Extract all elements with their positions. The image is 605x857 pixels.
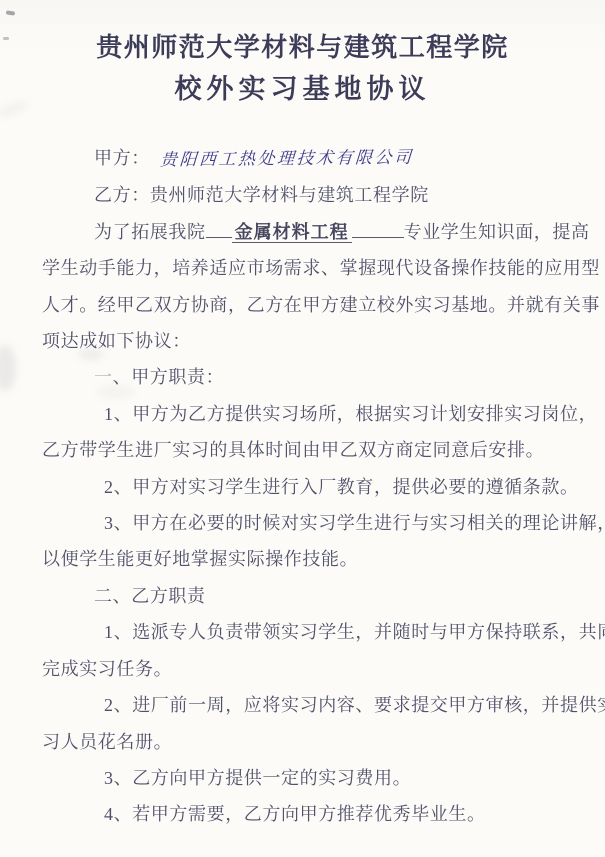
party-b-name: 贵州师范大学材料与建筑工程学院 xyxy=(150,185,429,205)
section1-heading-number: 一 xyxy=(94,367,113,387)
blank-underline-left xyxy=(206,217,232,238)
party-a-label: 甲方： xyxy=(94,148,150,168)
party-a-row: 甲方：贵阳西工热处理技术有限公司 xyxy=(42,140,569,177)
intro-prefix: 为了拓展我院 xyxy=(94,222,206,242)
scan-speck xyxy=(3,37,9,40)
party-b-label: 乙方： xyxy=(94,185,150,205)
section1-item2: 2、甲方对实习学生进行入厂教育，提供必要的遵循条款。 xyxy=(42,469,569,505)
party-a-name-handwritten: 贵阳西工热处理技术有限公司 xyxy=(159,140,415,179)
page-title-line1: 贵州师范大学材料与建筑工程学院 xyxy=(0,28,605,68)
section1-item3-line2: 以便学生能更好地掌握实际操作技能。 xyxy=(42,541,569,577)
intro-line-1: 为了拓展我院金属材料工程专业学生知识面，提高 xyxy=(42,214,569,250)
intro-line-3: 人才。经甲乙双方协商，乙方在甲方建立校外实习基地。并就有关事 xyxy=(42,287,569,323)
blank-underline-right xyxy=(352,217,404,238)
document-body: 甲方：贵阳西工热处理技术有限公司 乙方：贵州师范大学材料与建筑工程学院 为了拓展… xyxy=(0,140,605,833)
major-blank-value: 金属材料工程 xyxy=(232,222,352,243)
intro-line-4: 项达成如下协议： xyxy=(42,323,569,359)
scan-smudge xyxy=(78,348,104,360)
scan-smudge xyxy=(96,385,136,399)
intro-suffix: 专业学生知识面，提高 xyxy=(404,222,590,242)
section2-item2-line1: 2、进厂前一周，应将实习内容、要求提交甲方审核，并提供实 xyxy=(42,687,569,723)
section2-item3: 3、乙方向甲方提供一定的实习费用。 xyxy=(42,760,569,796)
section2-item1-line1: 1、选派专人负责带领实习学生，并随时与甲方保持联系，共同 xyxy=(42,614,569,650)
section2-item2-line2: 习人员花名册。 xyxy=(42,724,569,760)
section2-item1-line2: 完成实习任务。 xyxy=(42,651,569,687)
section1-heading-text: 、甲方职责： xyxy=(113,367,225,387)
party-b-row: 乙方：贵州师范大学材料与建筑工程学院 xyxy=(42,177,569,213)
scanned-document-page: 贵州师范大学材料与建筑工程学院 校外实习基地协议 甲方：贵阳西工热处理技术有限公… xyxy=(0,0,605,857)
section1-item1-line1: 1、甲方为乙方提供实习场所，根据实习计划安排实习岗位， xyxy=(42,396,569,432)
document-title-block: 贵州师范大学材料与建筑工程学院 校外实习基地协议 xyxy=(0,0,605,110)
page-title-line2: 校外实习基地协议 xyxy=(0,68,605,110)
section2-item4: 4、若甲方需要，乙方向甲方推荐优秀毕业生。 xyxy=(42,796,569,832)
intro-line-2: 学生动手能力，培养适应市场需求、掌握现代设备操作技能的应用型 xyxy=(42,250,569,286)
section2-heading: 二、乙方职责 xyxy=(42,578,569,614)
section1-item1-line2: 乙方带学生进厂实习的具体时间由甲乙双方商定同意后安排。 xyxy=(42,432,569,468)
section1-item3-line1: 3、甲方在必要的时候对实习学生进行与实习相关的理论讲解， xyxy=(42,505,569,541)
